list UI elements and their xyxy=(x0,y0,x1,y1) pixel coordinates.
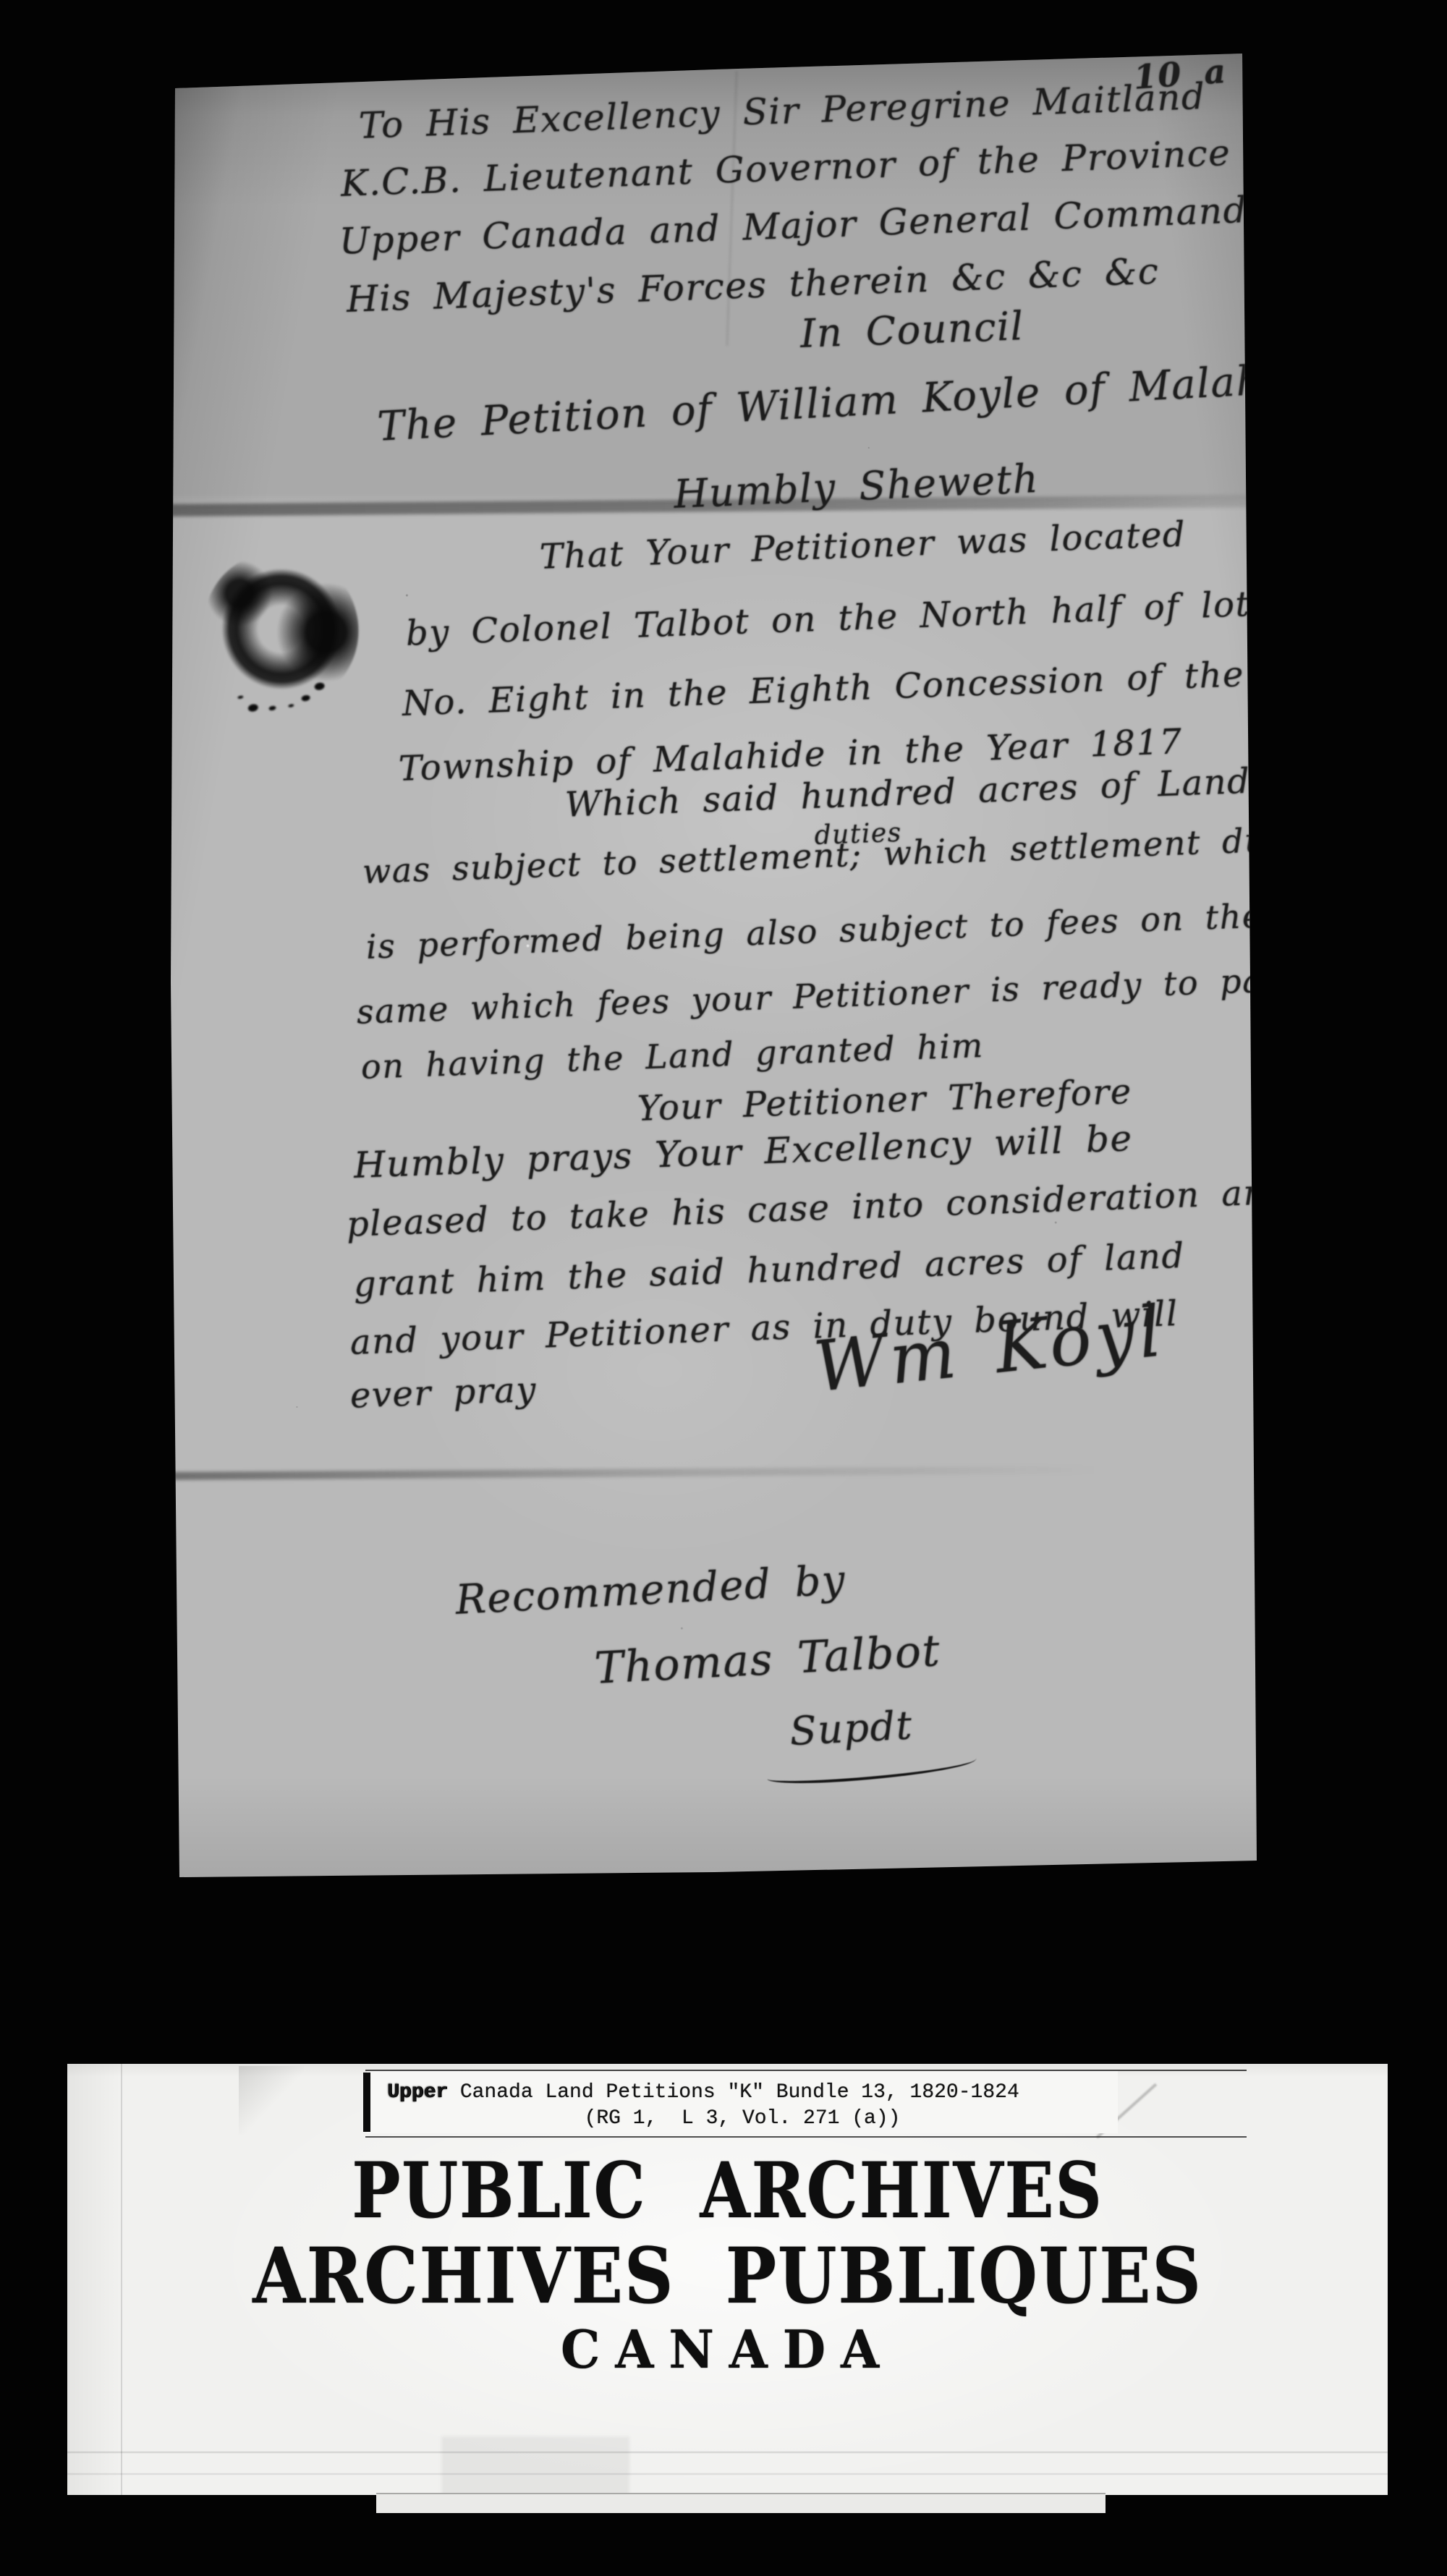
closing-line: ever pray xyxy=(349,1369,538,1416)
reference-line-2: (RG 1, L 3, Vol. 271 (a)) xyxy=(367,2107,1118,2130)
stamp-archives-publiques: ARCHIVES PUBLIQUES xyxy=(133,2230,1322,2321)
reference-bold-word: Upper xyxy=(387,2081,448,2104)
ink-seal-blot xyxy=(190,537,373,720)
reference-line-1-rest: Canada Land Petitions "K" Bundle 13, 182… xyxy=(448,2081,1019,2104)
body-line: That Your Petitioner was located xyxy=(539,514,1187,577)
archive-reference-card: Upper Canada Land Petitions "K" Bundle 1… xyxy=(67,2064,1388,2495)
petition-heading-line: The Petition of William Koyle of Malahid… xyxy=(376,354,1331,451)
card-crease xyxy=(67,2452,1388,2453)
recommendation-signature: Thomas Talbot xyxy=(593,1625,942,1694)
body-line: by Colonel Talbot on the North half of l… xyxy=(405,584,1251,654)
scanned-microfilm-frame: 10 a To His Excellency Sir Peregrine Mai… xyxy=(0,0,1447,2576)
address-line: His Majesty's Forces therein &c &c &c xyxy=(346,250,1160,320)
stamp-canada: CANADA xyxy=(101,2318,1355,2380)
card-fold-shadow xyxy=(239,2066,304,2135)
closing-line: grant him the said hundred acres of land xyxy=(353,1236,1186,1305)
signature-flourish xyxy=(766,1751,977,1787)
stamp-public-archives: PUBLIC ARCHIVES xyxy=(160,2145,1296,2235)
address-line-in-council: In Council xyxy=(799,303,1024,357)
petition-page: 10 a To His Excellency Sir Peregrine Mai… xyxy=(165,42,1265,1887)
body-line: on having the Land granted him xyxy=(360,1026,985,1087)
recommendation-line: Recommended by xyxy=(454,1557,847,1624)
recommendation-title: Supdt xyxy=(789,1702,914,1754)
body-line: No. Eight in the Eighth Concession of th… xyxy=(402,654,1245,724)
closing-line: Humbly prays Your Excellency will be xyxy=(353,1117,1133,1186)
card-crease xyxy=(121,2064,122,2495)
body-line: is performed being also subject to fees … xyxy=(365,896,1263,966)
card-lower-tab xyxy=(376,2493,1106,2513)
reference-line-1: Upper Canada Land Petitions "K" Bundle 1… xyxy=(387,2081,1019,2104)
body-line: same which fees your Petitioner is ready… xyxy=(356,960,1283,1032)
card-crease xyxy=(67,2473,1388,2475)
address-line: To His Excellency Sir Peregrine Maitland xyxy=(358,75,1206,147)
closing-line: pleased to take his case into considerat… xyxy=(346,1171,1291,1245)
paper-crease-line xyxy=(165,1464,1265,1480)
